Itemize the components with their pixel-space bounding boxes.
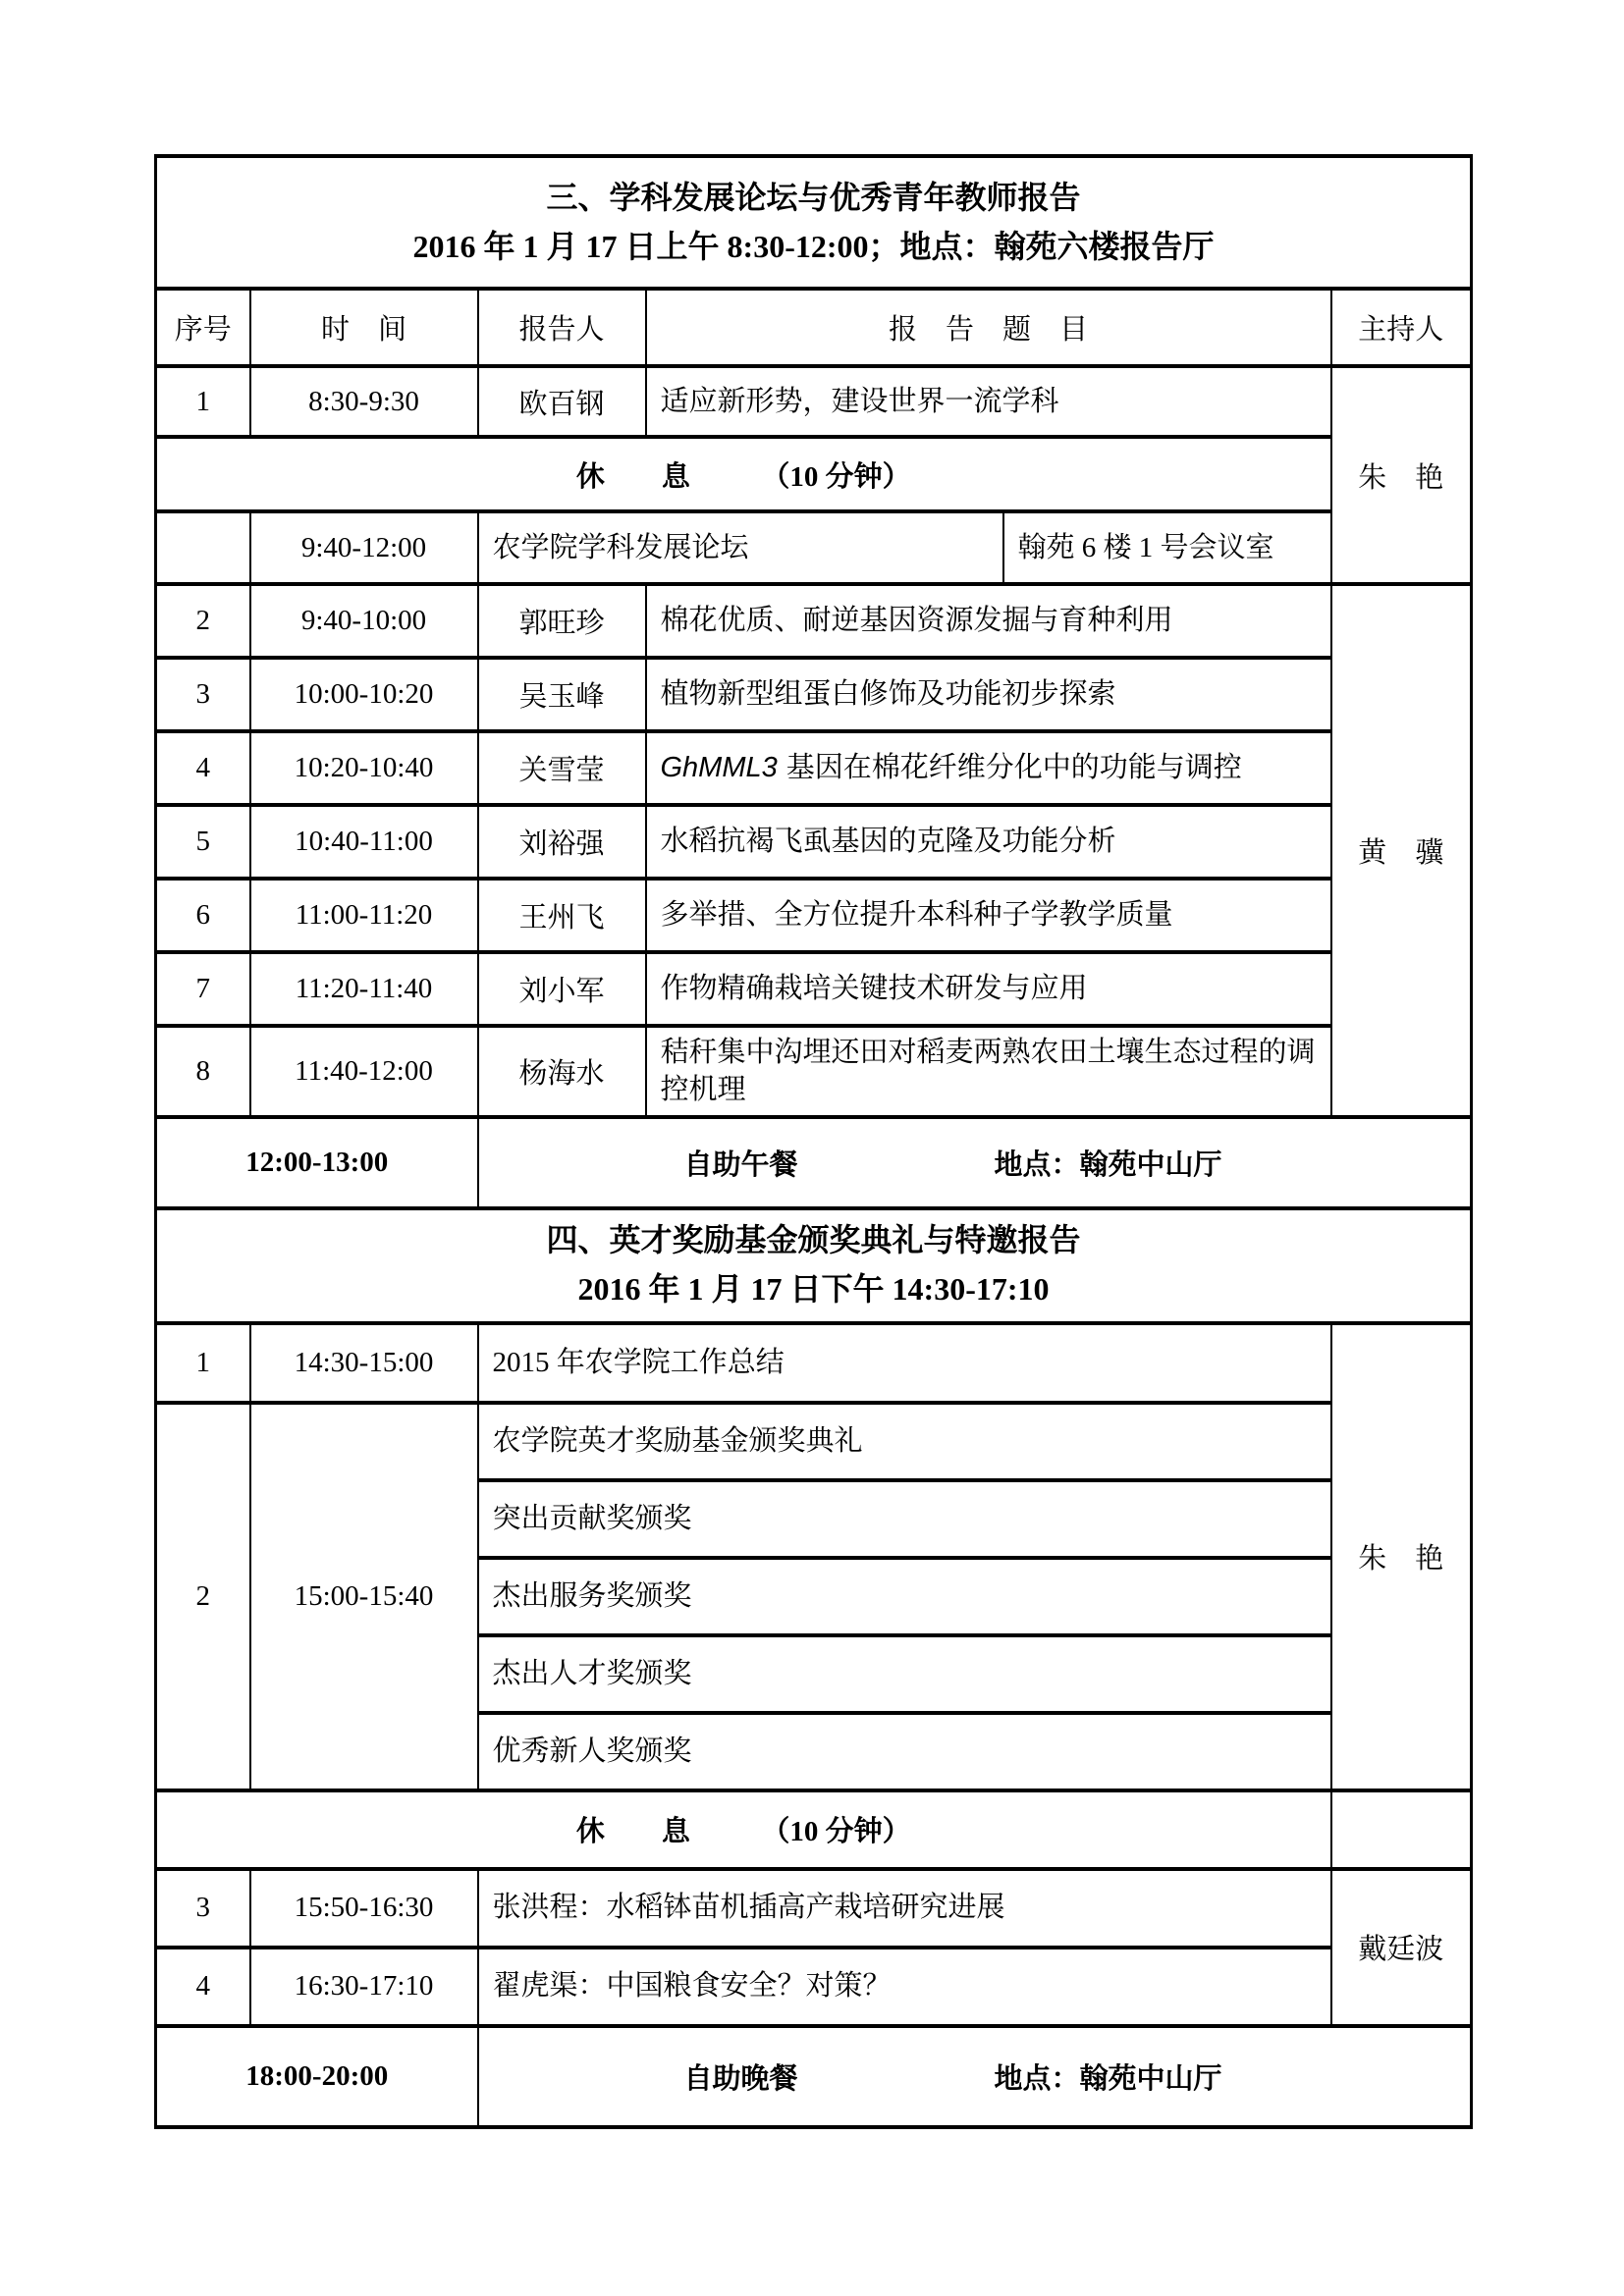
s4-row1-time: 14:30-15:00 bbox=[250, 1323, 478, 1403]
s3-row7-speaker: 刘小军 bbox=[478, 952, 646, 1026]
s3-row5-no: 5 bbox=[156, 805, 250, 879]
s4-row2-item1: 农学院英才奖励基金颁奖典礼 bbox=[478, 1403, 1331, 1480]
s3-row1-no: 1 bbox=[156, 366, 250, 437]
s3-row7-time: 11:20-11:40 bbox=[250, 952, 478, 1026]
section3-subtitle: 2016 年 1 月 17 日上午 8:30-12:00；地点：翰苑六楼报告厅 bbox=[157, 223, 1470, 272]
s3-row4-time: 10:20-10:40 bbox=[250, 731, 478, 805]
s4-row2-item2: 突出贡献奖颁奖 bbox=[478, 1480, 1331, 1558]
s3-row3: 3 10:00-10:20 吴玉峰 植物新型组蛋白修饰及功能初步探索 bbox=[156, 658, 1472, 731]
s3-row6-speaker: 王州飞 bbox=[478, 879, 646, 952]
s3-row4-topic-text: 基因在棉花纤维分化中的功能与调控 bbox=[786, 752, 1242, 783]
s3-row7-topic: 作物精确栽培关键技术研发与应用 bbox=[646, 952, 1331, 1026]
section4-title: 四、英才奖励基金颁奖典礼与特邀报告 bbox=[157, 1216, 1470, 1265]
s3-row2-speaker: 郭旺珍 bbox=[478, 584, 646, 658]
s3-row5-speaker: 刘裕强 bbox=[478, 805, 646, 879]
s4-row4-topic: 翟虎渠：中国粮食安全？对策？ bbox=[478, 1948, 1331, 2026]
s3-forum-row: 9:40-12:00 农学院学科发展论坛 翰苑 6 楼 1 号会议室 bbox=[156, 511, 1472, 584]
s3-row2-no: 2 bbox=[156, 584, 250, 658]
s3-row1-speaker: 欧百钢 bbox=[478, 366, 646, 437]
dinner-label: 自助晚餐 bbox=[684, 2063, 798, 2095]
document-page: 三、学科发展论坛与优秀青年教师报告 2016 年 1 月 17 日上午 8:30… bbox=[0, 0, 1624, 2296]
s3-row1-topic: 适应新形势，建设世界一流学科 bbox=[646, 366, 1331, 437]
s3-break-row: 休 息 （10 分钟） bbox=[156, 437, 1472, 511]
s3-row5-topic: 水稻抗褐飞虱基因的克隆及功能分析 bbox=[646, 805, 1331, 879]
s3-row4-topic: GhMML3基因在棉花纤维分化中的功能与调控 bbox=[646, 731, 1331, 805]
s4-row1: 1 14:30-15:00 2015 年农学院工作总结 朱 艳 bbox=[156, 1323, 1472, 1403]
lunch-cell: 自助午餐地点：翰苑中山厅 bbox=[478, 1117, 1472, 1208]
s4-row1-no: 1 bbox=[156, 1323, 250, 1403]
s4-break-cell: 休 息 （10 分钟） bbox=[156, 1790, 1331, 1869]
s3-row8-topic: 秸秆集中沟埋还田对稻麦两熟农田土壤生态过程的调控机理 bbox=[646, 1026, 1331, 1117]
s4-row4-no: 4 bbox=[156, 1948, 250, 2026]
s3-row5-time: 10:40-11:00 bbox=[250, 805, 478, 879]
s3-forum-name: 农学院学科发展论坛 bbox=[478, 511, 1003, 584]
s3-row6-no: 6 bbox=[156, 879, 250, 952]
dinner-time: 18:00-20:00 bbox=[156, 2026, 478, 2127]
s3-row2: 2 9:40-10:00 郭旺珍 棉花优质、耐逆基因资源发掘与育种利用 黄 骥 bbox=[156, 584, 1472, 658]
lunch-label: 自助午餐 bbox=[684, 1149, 798, 1181]
s3-row8-no: 8 bbox=[156, 1026, 250, 1117]
lunch-venue: 地点：翰苑中山厅 bbox=[995, 1149, 1222, 1181]
dinner-cell: 自助晚餐地点：翰苑中山厅 bbox=[478, 2026, 1472, 2127]
s3-row2-topic: 棉花优质、耐逆基因资源发掘与育种利用 bbox=[646, 584, 1331, 658]
dinner-venue: 地点：翰苑中山厅 bbox=[995, 2063, 1222, 2095]
s3-row7-no: 7 bbox=[156, 952, 250, 1026]
s4-host-daitingbo: 戴廷波 bbox=[1331, 1869, 1472, 2026]
s3-forum-venue: 翰苑 6 楼 1 号会议室 bbox=[1003, 511, 1331, 584]
s3-row7: 7 11:20-11:40 刘小军 作物精确栽培关键技术研发与应用 bbox=[156, 952, 1472, 1026]
header-time: 时 间 bbox=[250, 289, 478, 366]
s3-row3-speaker: 吴玉峰 bbox=[478, 658, 646, 731]
s3-row3-no: 3 bbox=[156, 658, 250, 731]
section3-title-row: 三、学科发展论坛与优秀青年教师报告 2016 年 1 月 17 日上午 8:30… bbox=[156, 156, 1472, 289]
s3-forum-time: 9:40-12:00 bbox=[250, 511, 478, 584]
section4-title-cell: 四、英才奖励基金颁奖典礼与特邀报告 2016 年 1 月 17 日下午 14:3… bbox=[156, 1208, 1472, 1323]
s3-row3-time: 10:00-10:20 bbox=[250, 658, 478, 731]
s4-host-zhuyan: 朱 艳 bbox=[1331, 1323, 1472, 1790]
s4-row2-item3: 杰出服务奖颁奖 bbox=[478, 1558, 1331, 1635]
s3-row4: 4 10:20-10:40 关雪莹 GhMML3基因在棉花纤维分化中的功能与调控 bbox=[156, 731, 1472, 805]
s4-break-row: 休 息 （10 分钟） bbox=[156, 1790, 1472, 1869]
section3-title: 三、学科发展论坛与优秀青年教师报告 bbox=[157, 174, 1470, 223]
s4-row3-no: 3 bbox=[156, 1869, 250, 1948]
s4-break-host-empty bbox=[1331, 1790, 1472, 1869]
s3-row2-time: 9:40-10:00 bbox=[250, 584, 478, 658]
s3-forum-no-empty bbox=[156, 511, 250, 584]
s3-host-zhuyan: 朱 艳 bbox=[1331, 366, 1472, 584]
section3-title-cell: 三、学科发展论坛与优秀青年教师报告 2016 年 1 月 17 日上午 8:30… bbox=[156, 156, 1472, 289]
s4-row2-item4: 杰出人才奖颁奖 bbox=[478, 1635, 1331, 1713]
dinner-row: 18:00-20:00 自助晚餐地点：翰苑中山厅 bbox=[156, 2026, 1472, 2127]
s3-row8-speaker: 杨海水 bbox=[478, 1026, 646, 1117]
lunch-time: 12:00-13:00 bbox=[156, 1117, 478, 1208]
s3-row8-time: 11:40-12:00 bbox=[250, 1026, 478, 1117]
schedule-table: 三、学科发展论坛与优秀青年教师报告 2016 年 1 月 17 日上午 8:30… bbox=[154, 154, 1473, 2129]
s3-row3-topic: 植物新型组蛋白修饰及功能初步探索 bbox=[646, 658, 1331, 731]
section4-title-row: 四、英才奖励基金颁奖典礼与特邀报告 2016 年 1 月 17 日下午 14:3… bbox=[156, 1208, 1472, 1323]
s4-row2-time: 15:00-15:40 bbox=[250, 1403, 478, 1790]
s4-row3: 3 15:50-16:30 张洪程：水稻钵苗机插高产栽培研究进展 戴廷波 bbox=[156, 1869, 1472, 1948]
s4-row4-time: 16:30-17:10 bbox=[250, 1948, 478, 2026]
table-header-row: 序号 时 间 报告人 报 告 题 目 主持人 bbox=[156, 289, 1472, 366]
s4-row3-time: 15:50-16:30 bbox=[250, 1869, 478, 1948]
header-topic: 报 告 题 目 bbox=[646, 289, 1331, 366]
s3-break-cell: 休 息 （10 分钟） bbox=[156, 437, 1331, 511]
header-speaker: 报告人 bbox=[478, 289, 646, 366]
s3-row5: 5 10:40-11:00 刘裕强 水稻抗褐飞虱基因的克隆及功能分析 bbox=[156, 805, 1472, 879]
s3-row4-no: 4 bbox=[156, 731, 250, 805]
s4-row2-sub1: 2 15:00-15:40 农学院英才奖励基金颁奖典礼 bbox=[156, 1403, 1472, 1480]
s4-row2-item5: 优秀新人奖颁奖 bbox=[478, 1713, 1331, 1790]
s4-row4: 4 16:30-17:10 翟虎渠：中国粮食安全？对策？ bbox=[156, 1948, 1472, 2026]
header-host: 主持人 bbox=[1331, 289, 1472, 366]
s3-row6-topic: 多举措、全方位提升本科种子学教学质量 bbox=[646, 879, 1331, 952]
s4-row3-topic: 张洪程：水稻钵苗机插高产栽培研究进展 bbox=[478, 1869, 1331, 1948]
s3-row6-time: 11:00-11:20 bbox=[250, 879, 478, 952]
s3-row1-time: 8:30-9:30 bbox=[250, 366, 478, 437]
s3-row1: 1 8:30-9:30 欧百钢 适应新形势，建设世界一流学科 朱 艳 bbox=[156, 366, 1472, 437]
gene-name-italic: GhMML3 bbox=[661, 752, 778, 783]
s3-row8: 8 11:40-12:00 杨海水 秸秆集中沟埋还田对稻麦两熟农田土壤生态过程的… bbox=[156, 1026, 1472, 1117]
header-no: 序号 bbox=[156, 289, 250, 366]
section4-subtitle: 2016 年 1 月 17 日下午 14:30-17:10 bbox=[157, 1265, 1470, 1314]
s3-row6: 6 11:00-11:20 王州飞 多举措、全方位提升本科种子学教学质量 bbox=[156, 879, 1472, 952]
s3-host-huangji: 黄 骥 bbox=[1331, 584, 1472, 1117]
lunch-row: 12:00-13:00 自助午餐地点：翰苑中山厅 bbox=[156, 1117, 1472, 1208]
s3-row4-speaker: 关雪莹 bbox=[478, 731, 646, 805]
s4-row1-topic: 2015 年农学院工作总结 bbox=[478, 1323, 1331, 1403]
s4-row2-no: 2 bbox=[156, 1403, 250, 1790]
